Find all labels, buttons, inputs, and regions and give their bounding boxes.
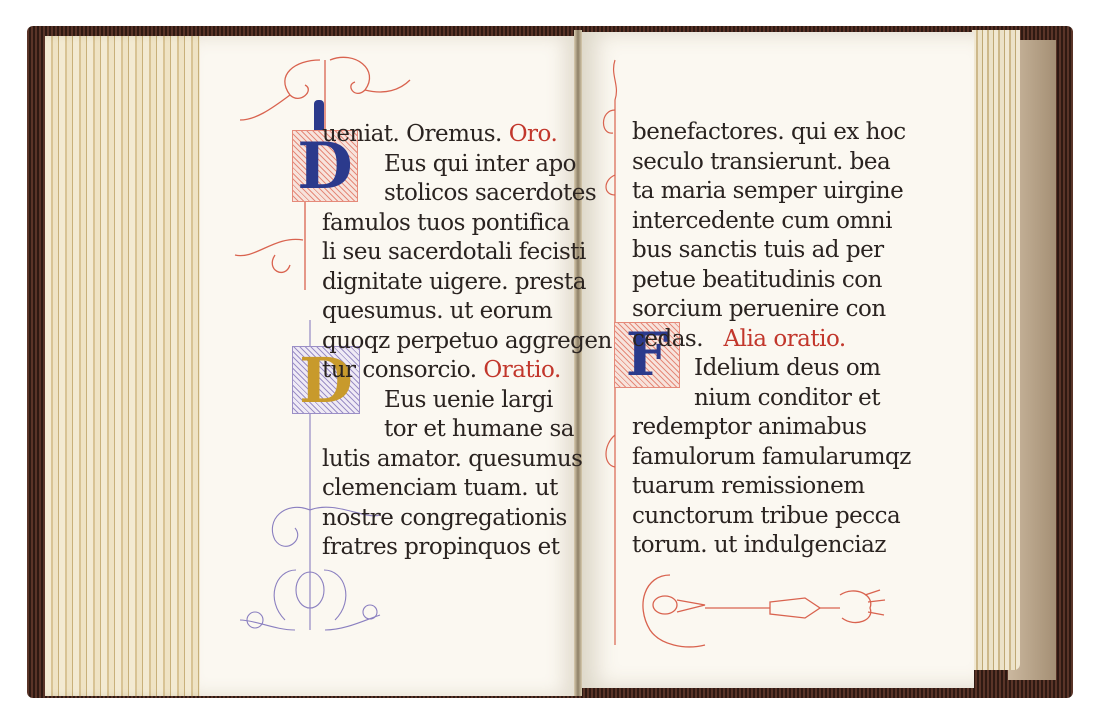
text-line: petue beatitudinis con <box>632 266 911 296</box>
text-line: ta maria semper uirgine <box>632 177 911 207</box>
text-line: Idelium deus om <box>632 354 911 384</box>
rubric: Alia oratio. <box>723 326 845 352</box>
text-line: famulorum famularumqz <box>632 443 911 473</box>
text-line: sorcium peruenire con <box>632 295 911 325</box>
left-page-text: ueniat. Oremus. Oro. Eus qui inter apo s… <box>322 120 612 563</box>
text-line: tor et humane sa <box>322 415 612 445</box>
text-line: cedas. Alia oratio. <box>632 325 911 355</box>
red-dragon-penwork-icon <box>630 560 890 660</box>
text-line: dignitate uigere. presta <box>322 268 612 298</box>
text-line: quoqz perpetuo aggregen <box>322 327 612 357</box>
text-line: redemptor animabus <box>632 413 911 443</box>
text-line: cunctorum tribue pecca <box>632 502 911 532</box>
text-line: li seu sacerdotali fecisti <box>322 238 612 268</box>
text-line: tuarum remissionem <box>632 472 911 502</box>
text-line: stolicos sacerdotes <box>322 179 612 209</box>
text-line: Eus uenie largi <box>322 386 612 416</box>
text-line: famulos tuos pontifica <box>322 209 612 239</box>
rubric: Oro. <box>509 121 558 147</box>
text-line: ueniat. Oremus. Oro. <box>322 120 612 150</box>
text-line: nostre congregationis <box>322 504 612 534</box>
text-line: torum. ut indulgenciaz <box>632 531 911 561</box>
text-line: bus sanctis tuis ad per <box>632 236 911 266</box>
right-page-text: benefactores. qui ex hoc seculo transier… <box>632 118 911 561</box>
text-line: lutis amator. quesumus <box>322 445 612 475</box>
right-page-block-edge <box>972 30 1020 670</box>
rubric: Oratio. <box>483 357 560 383</box>
text-line: Eus qui inter apo <box>322 150 612 180</box>
text-line: seculo transierunt. bea <box>632 148 911 178</box>
text-line: nium conditor et <box>632 384 911 414</box>
left-page-block-edge <box>45 36 210 696</box>
text-line: tur consorcio. Oratio. <box>322 356 612 386</box>
text-line: clemenciam tuam. ut <box>322 474 612 504</box>
text-line: benefactores. qui ex hoc <box>632 118 911 148</box>
text-line: intercedente cum omni <box>632 207 911 237</box>
text-line: quesumus. ut eorum <box>322 297 612 327</box>
text-line: fratres propinquos et <box>322 533 612 563</box>
